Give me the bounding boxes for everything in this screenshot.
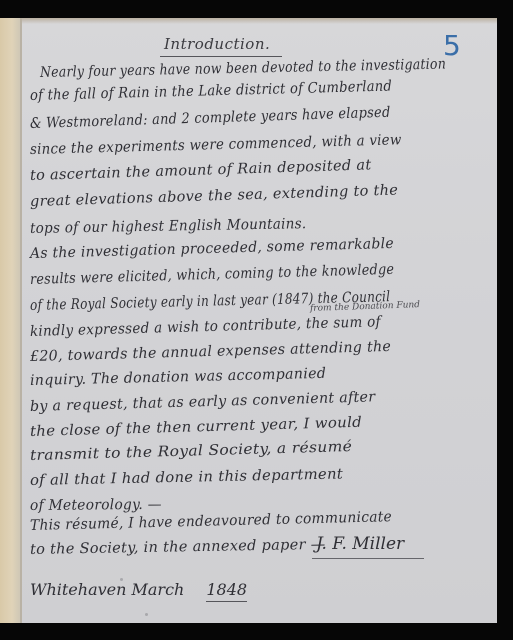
text-line-17: of all that I had done in this departmen… — [30, 466, 343, 489]
text-line-8: As the investigation proceeded, some rem… — [30, 236, 394, 262]
text-line-11: kindly expressed a wish to contribute, t… — [30, 314, 381, 340]
author-signature: J. F. Miller — [312, 534, 424, 559]
place-and-month: Whitehaven March — [30, 580, 184, 599]
place-date-line: Whitehaven March1848 — [30, 580, 247, 599]
text-line-1: Nearly four years have now been devoted … — [40, 56, 446, 81]
text-line-14: by a request, that as early as convenien… — [30, 389, 376, 415]
text-line-16: transmit to the Royal Society, a résumé — [30, 439, 353, 464]
text-line-12: £20, towards the annual expenses attendi… — [30, 339, 392, 365]
text-line-6: great elevations above the sea, extendin… — [30, 182, 399, 210]
text-line-7: tops of our highest English Mountains. — [30, 216, 307, 237]
text-line-9: results were elicited, which, coming to … — [30, 262, 395, 288]
manuscript-page: 5 Introduction. Nearly four years have n… — [0, 18, 497, 623]
paper-speck — [120, 578, 123, 581]
text-line-3: & Westmoreland: and 2 complete years hav… — [30, 105, 391, 132]
paper-speck — [145, 613, 148, 616]
text-line-4: since the experiments were commenced, wi… — [30, 132, 402, 158]
gutter-edge — [20, 18, 22, 623]
top-edge-stain — [20, 18, 497, 24]
text-line-15: the close of the then current year, I wo… — [30, 415, 363, 440]
viewer-background: 5 Introduction. Nearly four years have n… — [0, 0, 513, 640]
page-binding-gutter — [0, 18, 20, 623]
text-line-18: of Meteorology. — — [30, 497, 162, 514]
text-line-13: inquiry. The donation was accompanied — [30, 366, 327, 389]
text-line-2: of the fall of Rain in the Lake district… — [30, 79, 392, 104]
date-year: 1848 — [206, 580, 247, 602]
text-line-5: to ascertain the amount of Rain deposite… — [30, 157, 372, 184]
text-line-20: to the Society, in the annexed paper — — [30, 537, 326, 558]
page-heading: Introduction. — [160, 35, 282, 57]
